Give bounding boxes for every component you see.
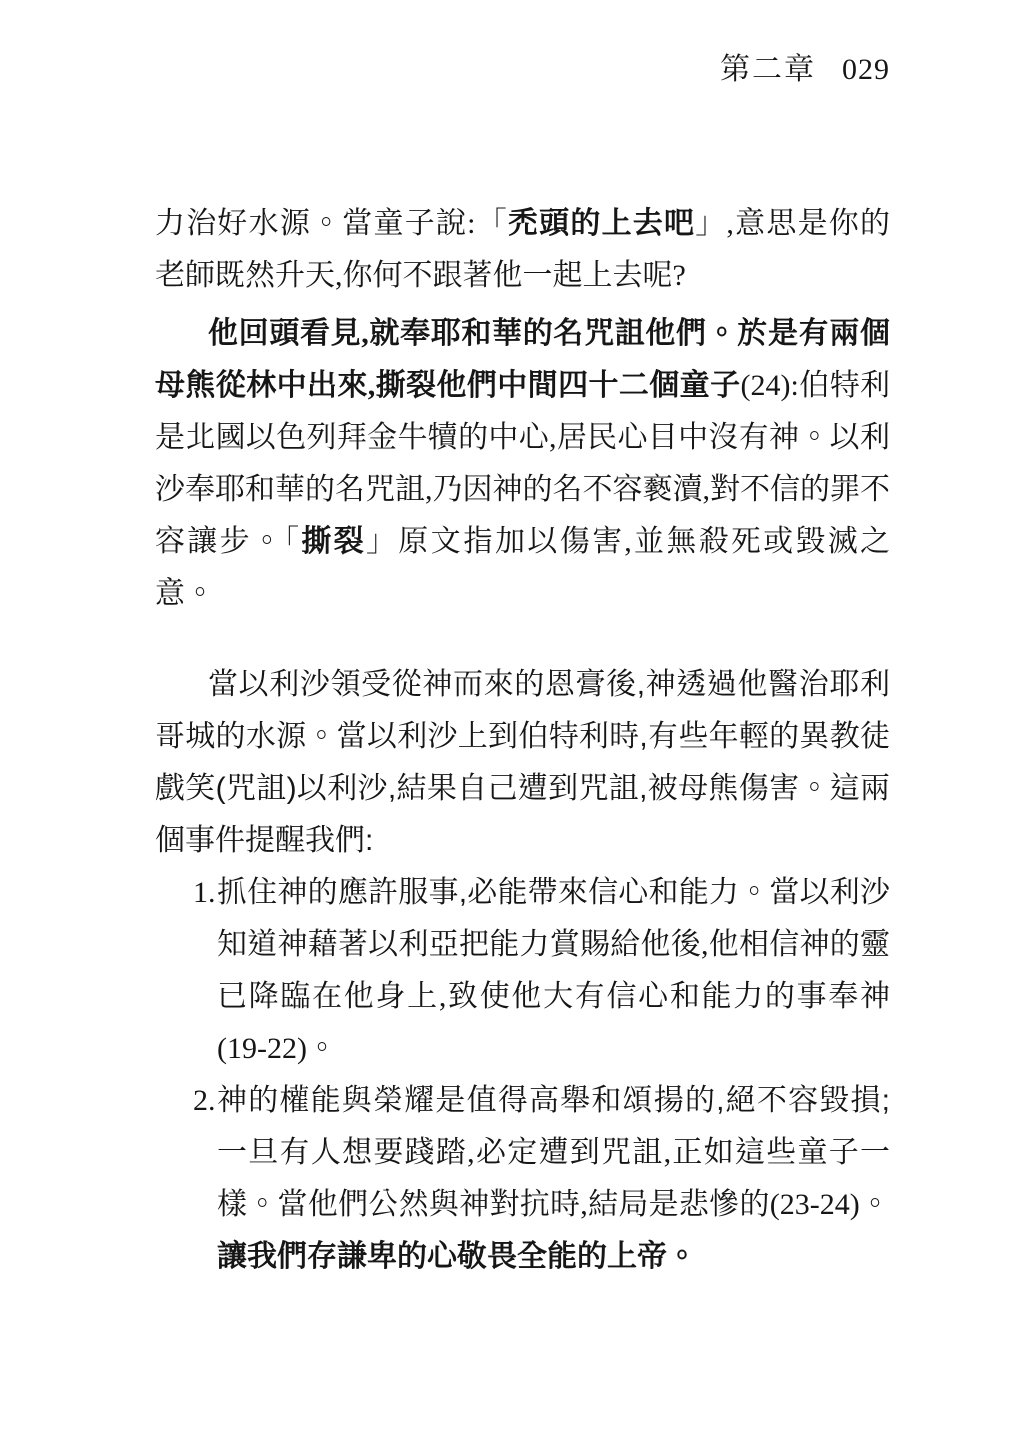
text-segment: 神的權能與榮耀是值得高舉和頌揚的,絕不容毀損; (217, 1084, 890, 1117)
paragraph-p3: 當以利沙領受從神而來的恩膏後,神透過他醫治耶利哥城的水源。當以利沙上到伯特利時,… (155, 659, 890, 867)
text-segment: 禿頭的上去吧 (508, 207, 695, 240)
list-item-number: 2. (193, 1075, 216, 1127)
book-page: 第二章029 力治好水源。當童子說:「禿頭的上去吧」,意思是你的老師既然升天,你… (0, 0, 1024, 1441)
text-segment: 撕裂 (301, 525, 366, 558)
page-body: 力治好水源。當童子說:「禿頭的上去吧」,意思是你的老師既然升天,你何不跟著他一起… (155, 198, 890, 1283)
text-segment: 一旦有人想要踐踏,必定遭到咒詛,正如這些童子一樣。當他們公然與神對抗時,結局是悲… (217, 1136, 890, 1221)
text-segment: 抓住神的應許服事,必能帶來信心和能力。 (217, 876, 769, 909)
list-item-2: 2.神的權能與榮耀是值得高舉和頌揚的,絕不容毀損;一旦有人想要踐踏,必定遭到咒詛… (155, 1075, 890, 1283)
page-number: 029 (842, 53, 890, 86)
paragraph-p1: 力治好水源。當童子說:「禿頭的上去吧」,意思是你的老師既然升天,你何不跟著他一起… (155, 198, 890, 302)
running-header: 第二章029 (155, 50, 890, 90)
paragraph-p2: 他回頭看見,就奉耶和華的名咒詛他們。於是有兩個母熊從林中出來,撕裂他們中間四十二… (155, 308, 890, 620)
paragraphs: 力治好水源。當童子說:「禿頭的上去吧」,意思是你的老師既然升天,你何不跟著他一起… (155, 198, 890, 867)
text-segment: 當以利沙領受從神而來的恩膏後,神透過他醫治耶利哥城的水源。當以利沙上到伯特利時,… (155, 668, 890, 857)
list-item-number: 1. (193, 867, 216, 919)
numbered-list: 1.抓住神的應許服事,必能帶來信心和能力。當以利沙知道神藉著以利亞把能力賞賜給他… (155, 867, 890, 1283)
text-segment: 讓我們存謙卑的心敬畏全能的上帝。 (217, 1240, 697, 1273)
list-item-1: 1.抓住神的應許服事,必能帶來信心和能力。當以利沙知道神藉著以利亞把能力賞賜給他… (155, 867, 890, 1075)
chapter-title: 第二章 (720, 53, 816, 86)
text-segment: 力治好水源。當童子說:「 (155, 207, 508, 240)
